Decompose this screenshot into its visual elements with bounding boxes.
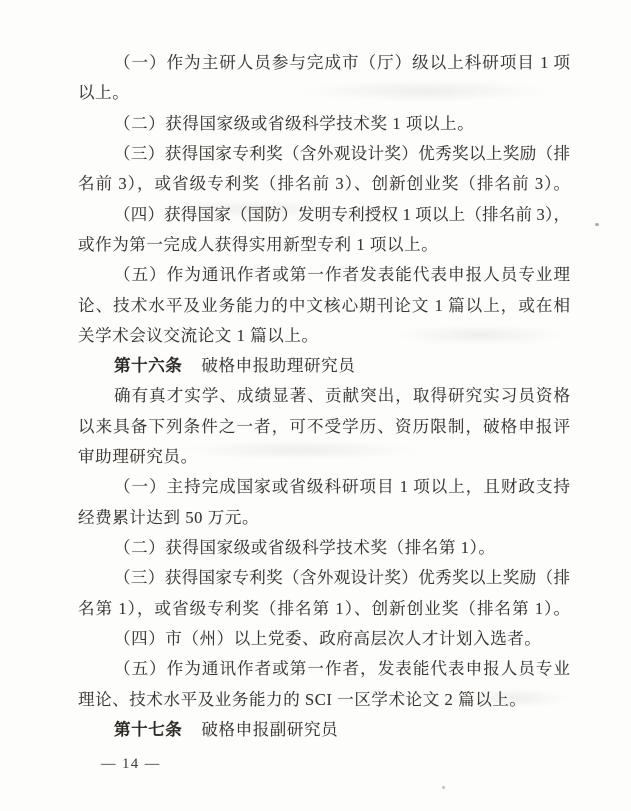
line-text: （一）作为主研人员参与完成市（厅）级以上科研项目 1 项: [114, 53, 570, 72]
text-line: 论、技术水平及业务能力的中文核心期刊论文 1 篇以上，或在相: [78, 291, 570, 321]
scan-speck: [442, 786, 445, 789]
text-line: 或作为第一完成人获得实用新型专利 1 项以上。: [78, 230, 570, 260]
document-page: （一）作为主研人员参与完成市（厅）级以上科研项目 1 项以上。（二）获得国家级或…: [0, 0, 631, 811]
line-text: （三）获得国家专利奖（含外观设计奖）优秀奖以上奖励（排: [114, 568, 570, 587]
line-text: 或作为第一完成人获得实用新型专利 1 项以上。: [78, 235, 438, 254]
line-text: 论、技术水平及业务能力的中文核心期刊论文 1 篇以上，或在相: [78, 296, 570, 315]
text-line: （四）市（州）以上党委、政府高层次人才计划入选者。: [78, 624, 570, 654]
line-text: 破格申报副研究员: [201, 720, 338, 739]
text-line: 第十六条破格申报助理研究员: [78, 351, 570, 381]
text-line: 名第 1），或省级专利奖（排名第 1）、创新创业奖（排名第 1）。: [78, 594, 570, 624]
line-text: 名第 1），或省级专利奖（排名第 1）、创新创业奖（排名第 1）。: [78, 599, 570, 618]
article-number: 第十七条: [114, 720, 182, 739]
text-line: 关学术会议交流论文 1 篇以上。: [78, 321, 570, 351]
line-text: 以上。: [78, 83, 129, 102]
text-line: 以上。: [78, 78, 570, 108]
text-line: （三）获得国家专利奖（含外观设计奖）优秀奖以上奖励（排: [78, 139, 570, 169]
line-text: （二）获得国家级或省级科学技术奖（排名第 1）。: [114, 538, 496, 557]
text-line: （五）作为通讯作者或第一作者，发表能代表申报人员专业: [78, 654, 570, 684]
line-text: （二）获得国家级或省级科学技术奖 1 项以上。: [114, 114, 474, 133]
line-text: 以来具备下列条件之一者，可不受学历、资历限制，破格申报评: [78, 417, 570, 436]
text-line: 理论、技术水平及业务能力的 SCI 一区学术论文 2 篇以上。: [78, 685, 570, 715]
text-line: （二）获得国家级或省级科学技术奖（排名第 1）。: [78, 533, 570, 563]
line-text: （四）获得国家（国防）发明专利授权 1 项以上（排名前 3），: [114, 205, 570, 224]
line-text: 破格申报助理研究员: [201, 356, 355, 375]
document-body: （一）作为主研人员参与完成市（厅）级以上科研项目 1 项以上。（二）获得国家级或…: [78, 48, 570, 745]
text-line: （四）获得国家（国防）发明专利授权 1 项以上（排名前 3），: [78, 200, 570, 230]
text-line: 第十七条破格申报副研究员: [78, 715, 570, 745]
text-line: （三）获得国家专利奖（含外观设计奖）优秀奖以上奖励（排: [78, 563, 570, 593]
line-text: 确有真才实学、成绩显著、贡献突出，取得研究实习员资格: [114, 386, 570, 405]
page-number: — 14 —: [101, 756, 161, 773]
text-line: 名前 3），或省级专利奖（排名前 3）、创新创业奖（排名前 3）。: [78, 169, 570, 199]
line-text: （三）获得国家专利奖（含外观设计奖）优秀奖以上奖励（排: [114, 144, 570, 163]
line-text: 经费累计达到 50 万元。: [78, 508, 259, 527]
line-text: 名前 3），或省级专利奖（排名前 3）、创新创业奖（排名前 3）。: [78, 174, 570, 193]
text-line: （五）作为通讯作者或第一作者发表能代表申报人员专业理: [78, 260, 570, 290]
scan-speck: [595, 223, 599, 226]
text-line: （一）作为主研人员参与完成市（厅）级以上科研项目 1 项: [78, 48, 570, 78]
line-text: （四）市（州）以上党委、政府高层次人才计划入选者。: [114, 629, 542, 648]
text-line: 确有真才实学、成绩显著、贡献突出，取得研究实习员资格: [78, 381, 570, 411]
article-number: 第十六条: [114, 356, 182, 375]
line-text: （五）作为通讯作者或第一作者发表能代表申报人员专业理: [114, 265, 570, 284]
text-line: （二）获得国家级或省级科学技术奖 1 项以上。: [78, 109, 570, 139]
text-line: （一）主持完成国家或省级科研项目 1 项以上，且财政支持: [78, 472, 570, 502]
text-line: 审助理研究员。: [78, 442, 570, 472]
line-text: 关学术会议交流论文 1 篇以上。: [78, 326, 319, 345]
line-text: （一）主持完成国家或省级科研项目 1 项以上，且财政支持: [114, 477, 570, 496]
text-line: 以来具备下列条件之一者，可不受学历、资历限制，破格申报评: [78, 412, 570, 442]
line-text: （五）作为通讯作者或第一作者，发表能代表申报人员专业: [114, 659, 570, 678]
text-line: 经费累计达到 50 万元。: [78, 503, 570, 533]
line-text: 审助理研究员。: [78, 447, 198, 466]
line-text: 理论、技术水平及业务能力的 SCI 一区学术论文 2 篇以上。: [78, 690, 527, 709]
